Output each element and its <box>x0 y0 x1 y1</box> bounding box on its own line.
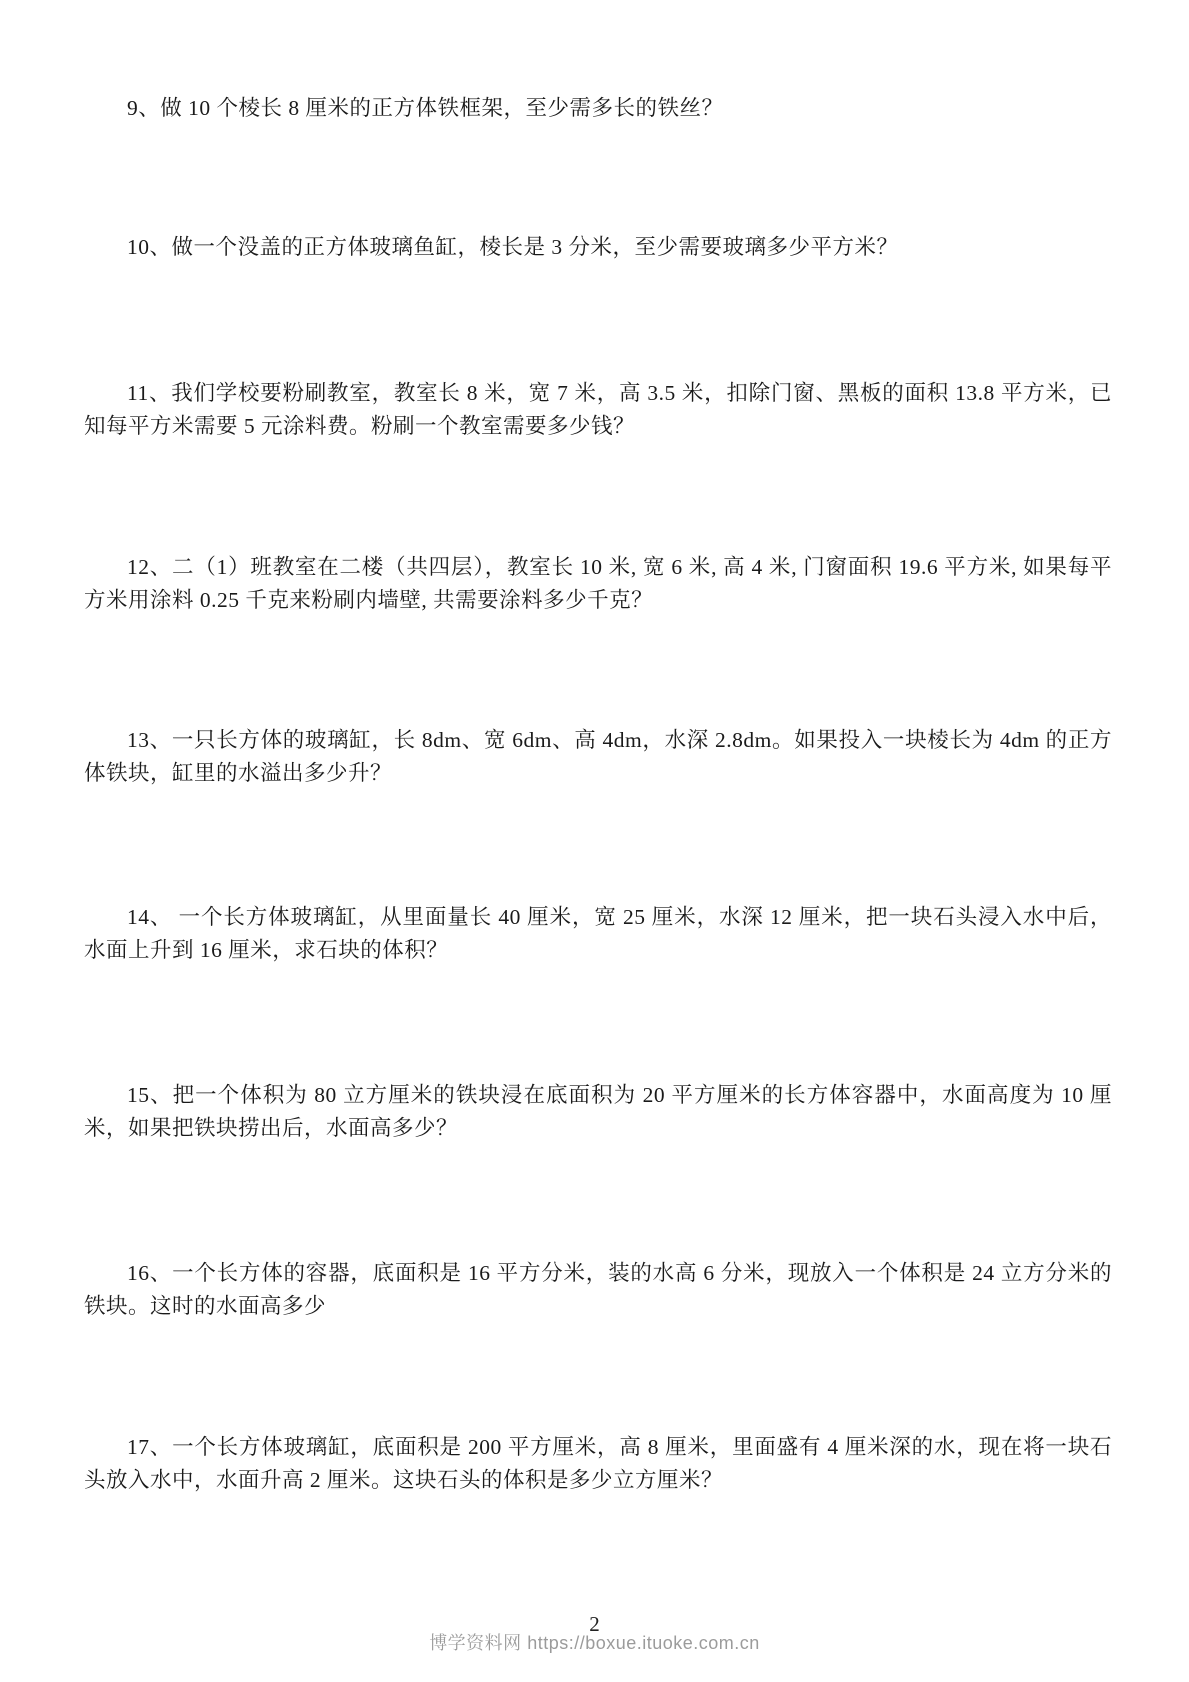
problem-13: 13、一只长方体的玻璃缸，长 8dm、宽 6dm、高 4dm，水深 2.8dm。… <box>84 724 1112 790</box>
problem-14: 14、 一个长方体玻璃缸，从里面量长 40 厘米，宽 25 厘米，水深 12 厘… <box>84 901 1112 967</box>
problem-16: 16、一个长方体的容器，底面积是 16 平方分米，装的水高 6 分米，现放入一个… <box>84 1257 1112 1323</box>
problem-17: 17、一个长方体玻璃缸，底面积是 200 平方厘米，高 8 厘米，里面盛有 4 … <box>84 1431 1112 1497</box>
problem-9: 9、做 10 个棱长 8 厘米的正方体铁框架，至少需多长的铁丝？ <box>84 92 1112 125</box>
worksheet-page: 9、做 10 个棱长 8 厘米的正方体铁框架，至少需多长的铁丝？ 10、做一个没… <box>0 0 1189 1682</box>
problem-10: 10、做一个没盖的正方体玻璃鱼缸，棱长是 3 分米，至少需要玻璃多少平方米？ <box>84 231 1112 264</box>
problem-15: 15、把一个体积为 80 立方厘米的铁块浸在底面积为 20 平方厘米的长方体容器… <box>84 1079 1112 1145</box>
problem-11: 11、我们学校要粉刷教室，教室长 8 米，宽 7 米，高 3.5 米，扣除门窗、… <box>84 377 1112 443</box>
problem-12: 12、二（1）班教室在二楼（共四层），教室长 10 米, 宽 6 米, 高 4 … <box>84 551 1112 617</box>
watermark: 博学资料网 https://boxue.ituoke.com.cn <box>0 1629 1189 1655</box>
